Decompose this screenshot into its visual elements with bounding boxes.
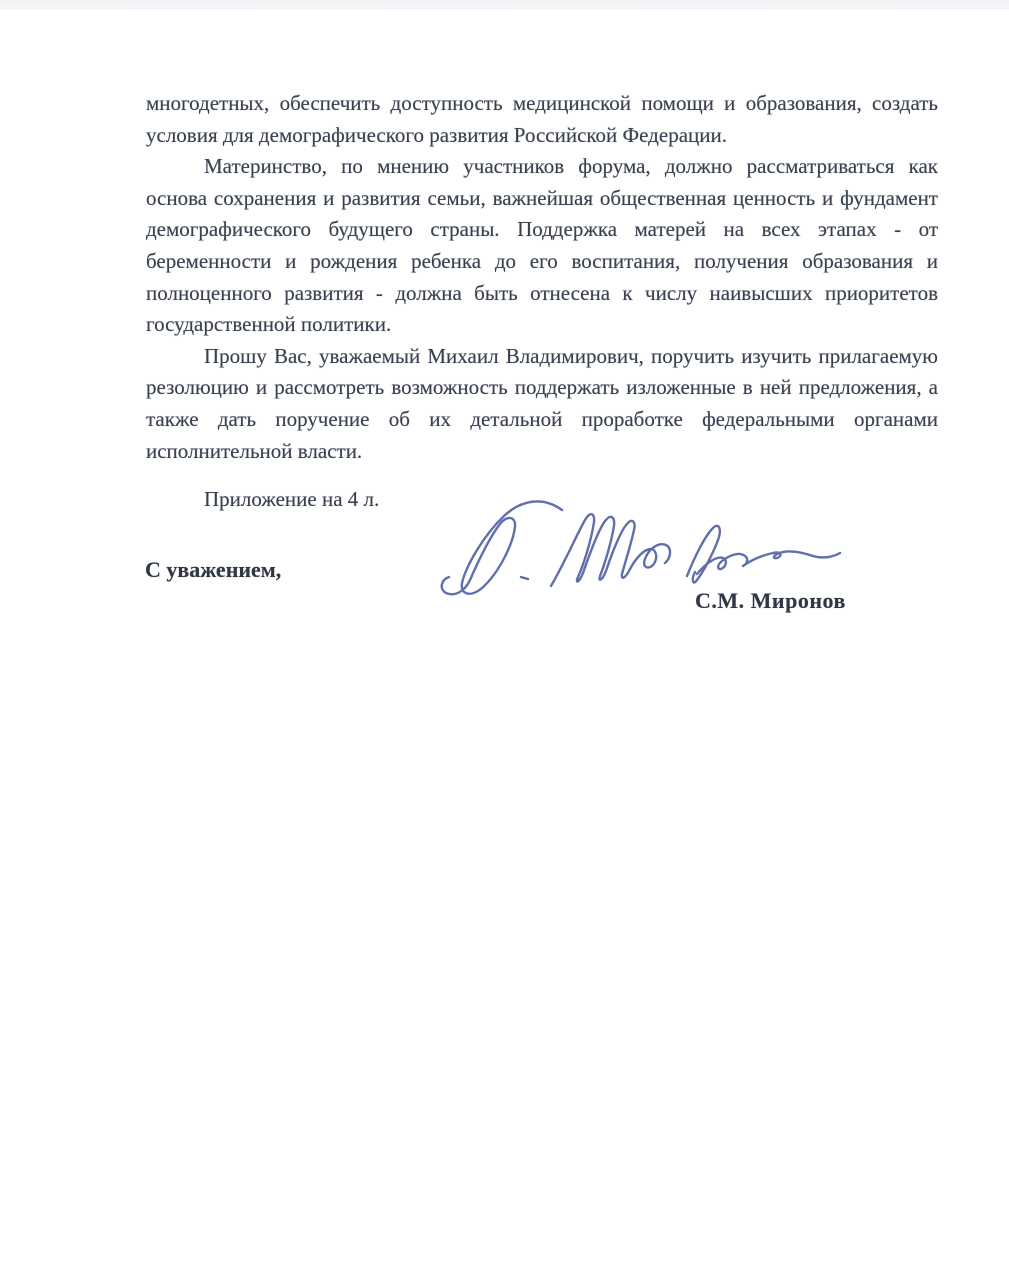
letter-paragraph: Материнство, по мнению участников форума… [146,151,938,341]
letter-page: многодетных, обеспечить доступность меди… [0,0,1009,1280]
scan-edge-band [0,0,1009,9]
letter-paragraph: многодетных, обеспечить доступность меди… [146,88,938,151]
signature-ink [425,496,845,601]
signer-name: С.М. Миронов [695,588,865,614]
closing-salutation: С уважением, [145,557,281,583]
letter-body: многодетных, обеспечить доступность меди… [146,88,938,467]
letter-paragraph: Прошу Вас, уважаемый Михаил Владимирович… [146,341,938,467]
